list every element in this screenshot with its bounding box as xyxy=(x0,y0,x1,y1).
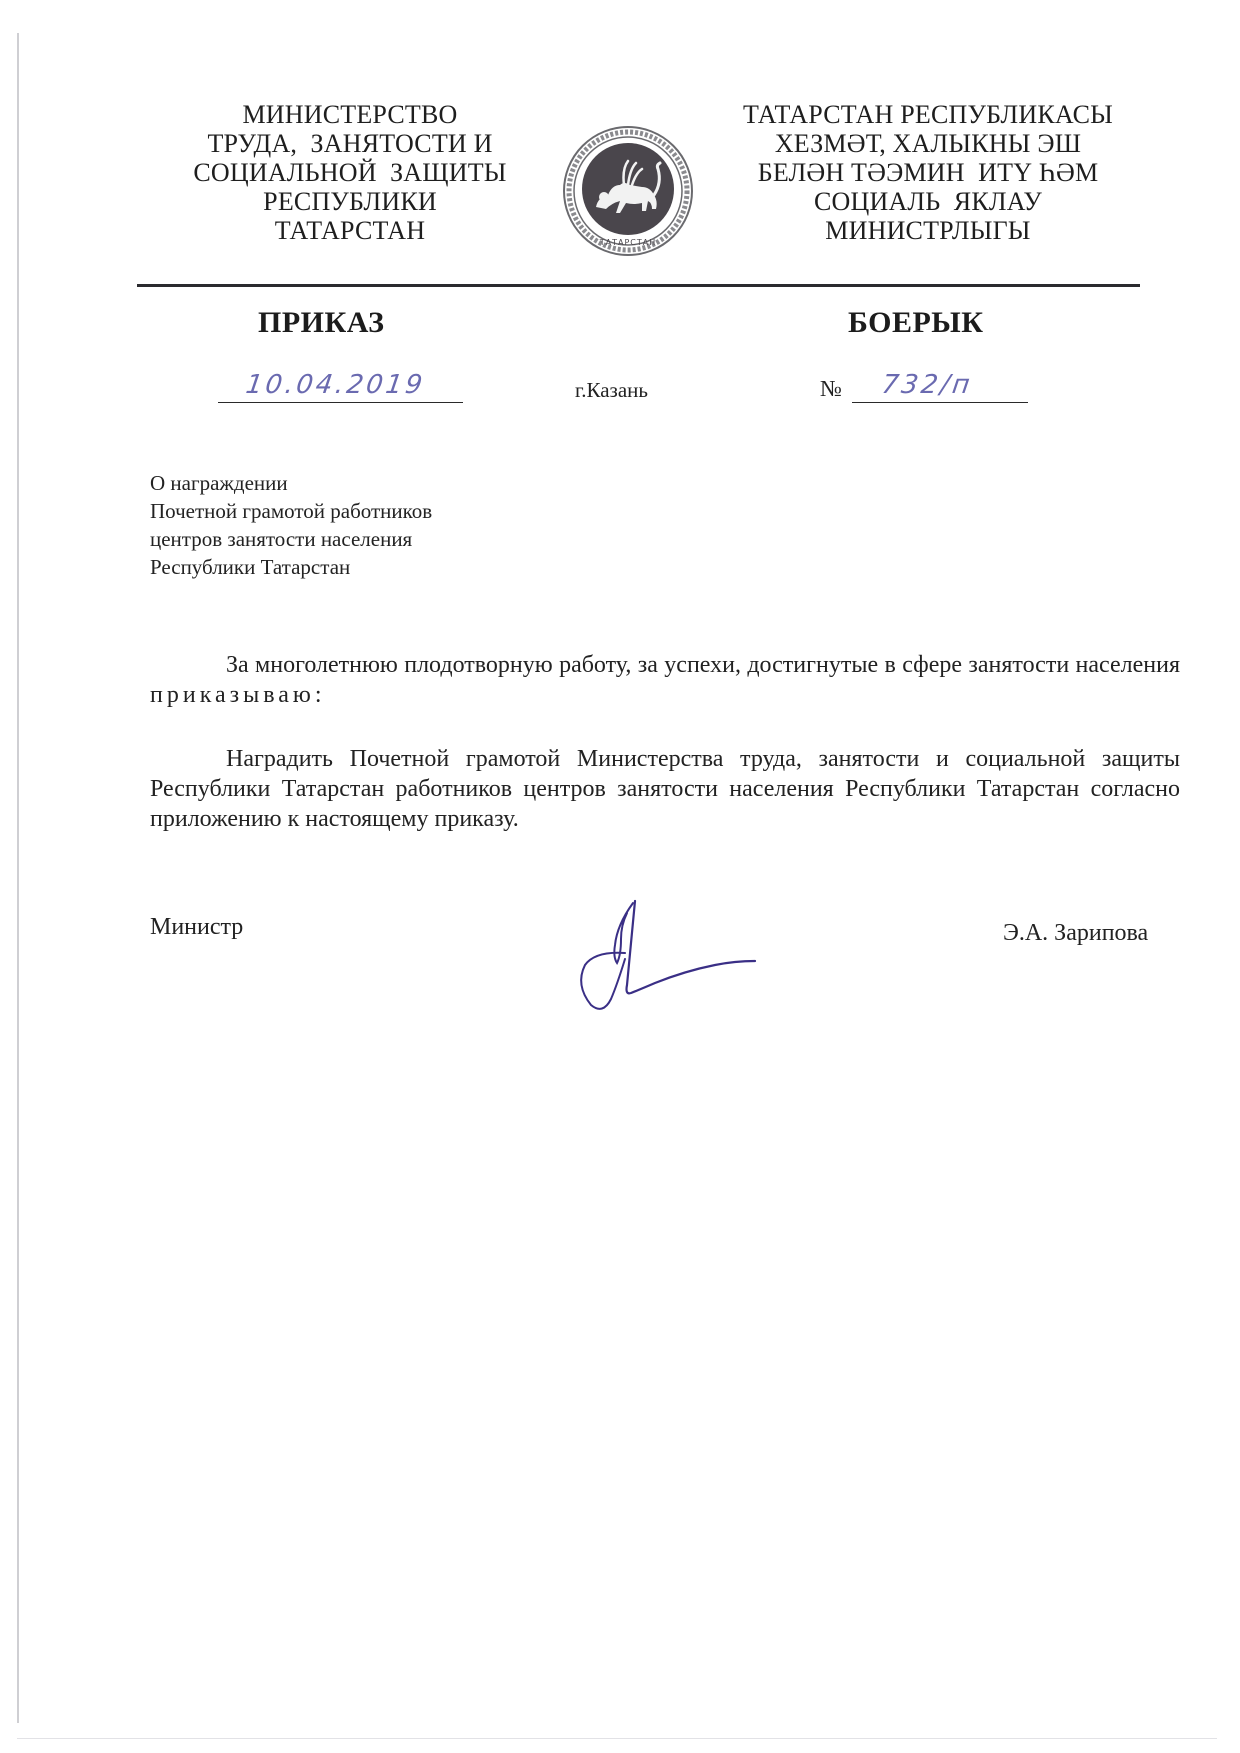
header-left-line: РЕСПУБЛИКИ xyxy=(150,187,550,216)
header-left-line: МИНИСТЕРСТВО xyxy=(150,100,550,129)
number-sign: № xyxy=(820,376,842,402)
order-word: приказываю: xyxy=(150,682,326,708)
order-text: Наградить Почетной грамотой Министерства… xyxy=(150,746,1180,832)
scan-edge-left xyxy=(17,33,19,1723)
subject-line: Почетной грамотой работников xyxy=(150,497,432,525)
scan-edge-bottom xyxy=(17,1738,1217,1739)
header-left-line: ТАТАРСТАН xyxy=(150,216,550,245)
header-right-line: БЕЛӘН ТӘЭМИН ИТҮ ҺӘМ xyxy=(708,158,1148,187)
handwritten-number: 732/п xyxy=(880,370,975,400)
header-left-line: ТРУДА, ЗАНЯТОСТИ И xyxy=(150,129,550,158)
ministry-name-tatar: ТАТАРСТАН РЕСПУБЛИКАСЫ ХЕЗМӘТ, ХАЛЫКНЫ Э… xyxy=(708,100,1148,245)
subject-line: центров занятости населения xyxy=(150,525,432,553)
header-right-line: ТАТАРСТАН РЕСПУБЛИКАСЫ xyxy=(708,100,1148,129)
number-field: 732/п xyxy=(852,366,1028,403)
ministry-name-russian: МИНИСТЕРСТВО ТРУДА, ЗАНЯТОСТИ И СОЦИАЛЬН… xyxy=(150,100,550,245)
doc-type-russian: ПРИКАЗ xyxy=(258,306,385,340)
handwritten-date: 10.04.2019 xyxy=(244,370,427,400)
header-right-line: МИНИСТРЛЫГЫ xyxy=(708,216,1148,245)
header-right-line: СОЦИАЛЬ ЯКЛАУ xyxy=(708,187,1148,216)
preamble-text: За многолетнюю плодотворную работу, за у… xyxy=(226,652,1180,678)
subject-line: Республики Татарстан xyxy=(150,553,432,581)
subject-line: О награждении xyxy=(150,469,432,497)
city-label: г.Казань xyxy=(575,378,648,403)
doc-type-tatar: БОЕРЫК xyxy=(848,306,984,340)
header-left-line: СОЦИАЛЬНОЙ ЗАЩИТЫ xyxy=(150,158,550,187)
preamble-paragraph: За многолетнюю плодотворную работу, за у… xyxy=(150,650,1180,710)
subject-block: О награждении Почетной грамотой работник… xyxy=(150,469,432,581)
signatory-name: Э.А. Зарипова xyxy=(1003,920,1148,947)
order-paragraph: Наградить Почетной грамотой Министерства… xyxy=(150,744,1180,834)
emblem-caption: ТАТАРСТАН xyxy=(599,238,657,247)
date-field: 10.04.2019 xyxy=(218,366,463,403)
signatory-role: Министр xyxy=(150,914,243,941)
header-right-line: ХЕЗМӘТ, ХАЛЫКНЫ ЭШ xyxy=(708,129,1148,158)
tatarstan-emblem-icon: ТАТАРСТАН xyxy=(562,125,694,257)
handwritten-signature-icon xyxy=(555,895,815,1015)
header-divider xyxy=(137,284,1140,287)
